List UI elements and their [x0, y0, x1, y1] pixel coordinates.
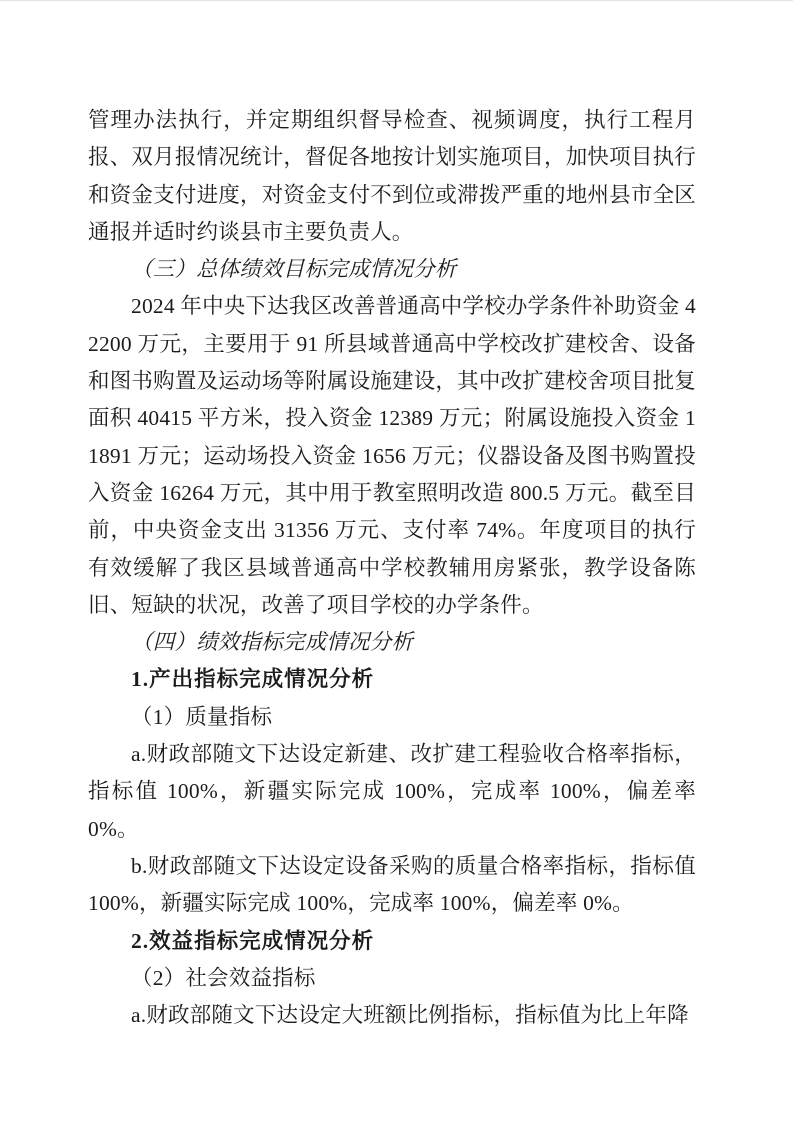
document-body: 管理办法执行，并定期组织督导检查、视频调度，执行工程月报、双月报情况统计，督促各…: [88, 102, 696, 1034]
paragraph-10-heading-sub: （2）社会效益指标: [88, 960, 696, 997]
paragraph-5-heading-bold: 1.产出指标完成情况分析: [88, 661, 696, 698]
paragraph-1-body: 管理办法执行，并定期组织督导检查、视频调度，执行工程月报、双月报情况统计，督促各…: [88, 102, 696, 251]
paragraph-4-heading-kai: （四）绩效指标完成情况分析: [88, 624, 696, 661]
paragraph-9-heading-bold: 2.效益指标完成情况分析: [88, 923, 696, 960]
document-page: 管理办法执行，并定期组织督导检查、视频调度，执行工程月报、双月报情况统计，督促各…: [0, 0, 793, 1122]
paragraph-8-body: b.财政部随文下达设定设备采购的质量合格率指标，指标值 100%，新疆实际完成 …: [88, 848, 696, 923]
paragraph-11-body: a.财政部随文下达设定大班额比例指标，指标值为比上年降: [88, 997, 696, 1034]
paragraph-7-body: a.财政部随文下达设定新建、改扩建工程验收合格率指标，指标值 100%，新疆实际…: [88, 736, 696, 848]
paragraph-6-heading-sub: （1）质量指标: [88, 699, 696, 736]
paragraph-2-heading-kai: （三）总体绩效目标完成情况分析: [88, 251, 696, 288]
paragraph-3-body: 2024 年中央下达我区改善普通高中学校办学条件补助资金 42200 万元，主要…: [88, 288, 696, 624]
